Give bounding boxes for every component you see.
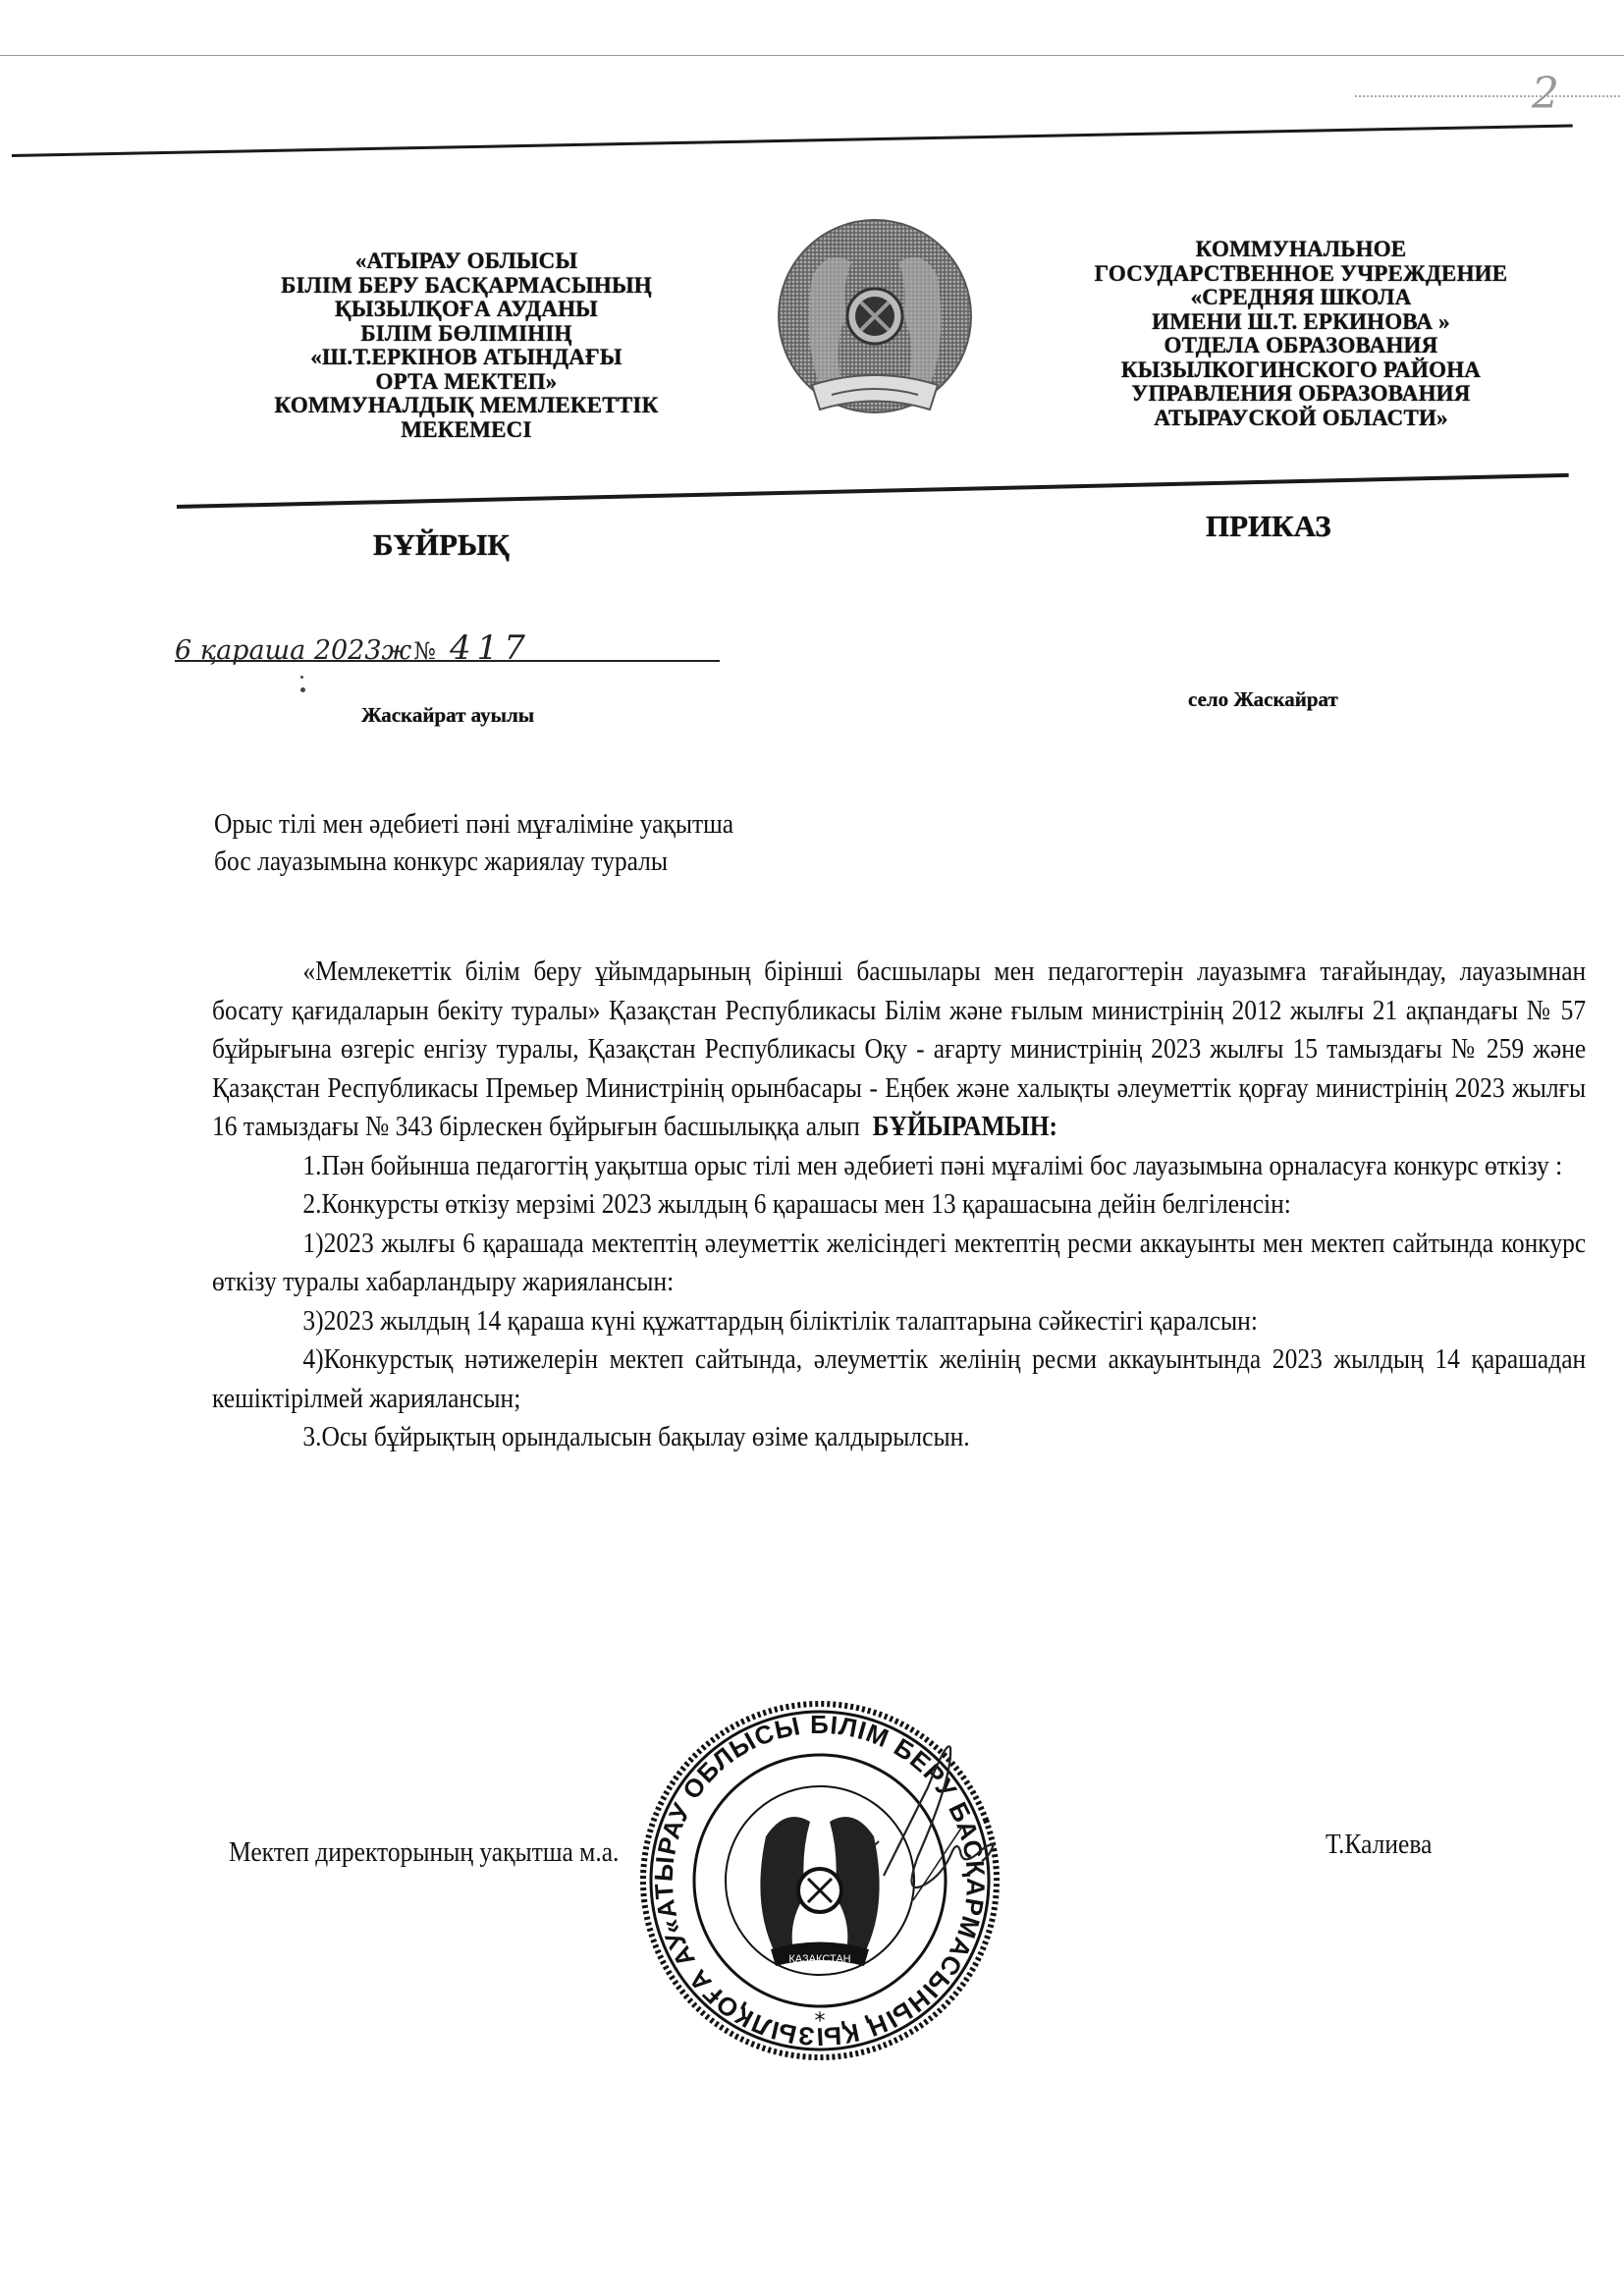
- decree-word: БҰЙЫРАМЫН:: [873, 1111, 1057, 1142]
- top-divider: [12, 124, 1573, 157]
- header-russian-institution: КОММУНАЛЬНОЕ ГОСУДАРСТВЕННОЕ УЧРЕЖДЕНИЕ …: [1041, 238, 1561, 430]
- handwritten-signature: [825, 1728, 1021, 1915]
- order-item: 3)2023 жылдың 14 қараша күні құжаттардың…: [212, 1302, 1586, 1341]
- order-title-kz: БҰЙРЫҚ: [373, 527, 510, 563]
- order-date: 6 қараша 2023ж: [175, 635, 411, 666]
- subject-line: бос лауазымына конкурс жариялау туралы: [214, 843, 871, 880]
- order-item: 1.Пән бойынша педагогтің уақытша орыс ті…: [212, 1147, 1586, 1186]
- ink-speck: [300, 676, 303, 679]
- header-left-line: БІЛІМ БЕРУ БАСҚАРМАСЫНЫҢ: [236, 274, 697, 299]
- header-left-line: ОРТА МЕКТЕП»: [236, 370, 697, 395]
- header-left-line: ҚЫЗЫЛҚОҒА АУДАНЫ: [236, 298, 697, 322]
- header-right-line: УПРАВЛЕНИЯ ОБРАЗОВАНИЯ: [1041, 382, 1561, 407]
- header-divider: [177, 473, 1569, 509]
- order-item: 4)Конкурстық нәтижелерін мектеп сайтында…: [212, 1340, 1586, 1418]
- ink-speck: [300, 687, 305, 692]
- header-left-line: «АТЫРАУ ОБЛЫСЫ: [236, 249, 697, 274]
- subject-line: Орыс тілі мен әдебиеті пәні мұғаліміне у…: [214, 805, 871, 843]
- order-item: 1)2023 жылғы 6 қарашада мектептің әлеуме…: [212, 1225, 1586, 1302]
- header-left-line: БІЛІМ БӨЛІМІНІҢ: [236, 322, 697, 347]
- scan-edge-line: [0, 55, 1624, 56]
- header-left-line: КОММУНАЛДЫҚ МЕМЛЕКЕТТІК: [236, 394, 697, 418]
- order-item: 2.Конкурсты өткізу мерзімі 2023 жылдың 6…: [212, 1185, 1586, 1225]
- dotted-line: [1355, 95, 1620, 97]
- header-right-line: ИМЕНИ Ш.Т. ЕРКИНОВА »: [1041, 310, 1561, 335]
- header-right-line: ОТДЕЛА ОБРАЗОВАНИЯ: [1041, 334, 1561, 358]
- order-body: «Мемлекеттік білім беру ұйымдарының бірі…: [212, 953, 1586, 1457]
- header-left-line: МЕКЕМЕСІ: [236, 418, 697, 443]
- header-right-line: «СРЕДНЯЯ ШКОЛА: [1041, 286, 1561, 310]
- place-kz: Жаскайрат ауылы: [361, 703, 534, 728]
- header-right-line: АТЫРАУСКОЙ ОБЛАСТИ»: [1041, 407, 1561, 431]
- place-ru: село Жаскайрат: [1188, 687, 1338, 712]
- header-left-line: «Ш.Т.ЕРКІНОВ АТЫНДАҒЫ: [236, 346, 697, 370]
- order-title-ru: ПРИКАЗ: [1206, 509, 1331, 544]
- preamble-paragraph: «Мемлекеттік білім беру ұйымдарының бірі…: [212, 953, 1586, 1147]
- order-number: 417: [450, 629, 531, 668]
- signatory-name: Т.Калиева: [1326, 1829, 1432, 1861]
- signatory-position: Мектеп директорының уақытша м.а.: [229, 1836, 619, 1869]
- state-emblem-icon: [773, 218, 977, 422]
- order-subject: Орыс тілі мен әдебиеті пәні мұғаліміне у…: [214, 805, 871, 880]
- svg-text:*: *: [815, 2009, 826, 2034]
- number-sign: №: [413, 637, 436, 665]
- header-right-line: КОММУНАЛЬНОЕ: [1041, 238, 1561, 262]
- order-item: 3.Осы бұйрықтың орындалысын бақылау өзім…: [212, 1418, 1586, 1457]
- header-right-line: КЫЗЫЛКОГИНСКОГО РАЙОНА: [1041, 358, 1561, 383]
- order-date-number-line: 6 қараша 2023ж№417: [175, 629, 720, 662]
- svg-text:ҚАЗАҚСТАН: ҚАЗАҚСТАН: [788, 1953, 850, 1965]
- header-kazakh-institution: «АТЫРАУ ОБЛЫСЫ БІЛІМ БЕРУ БАСҚАРМАСЫНЫҢ …: [236, 249, 697, 442]
- header-right-line: ГОСУДАРСТВЕННОЕ УЧРЕЖДЕНИЕ: [1041, 262, 1561, 287]
- page-number-mark: 2: [1532, 69, 1559, 119]
